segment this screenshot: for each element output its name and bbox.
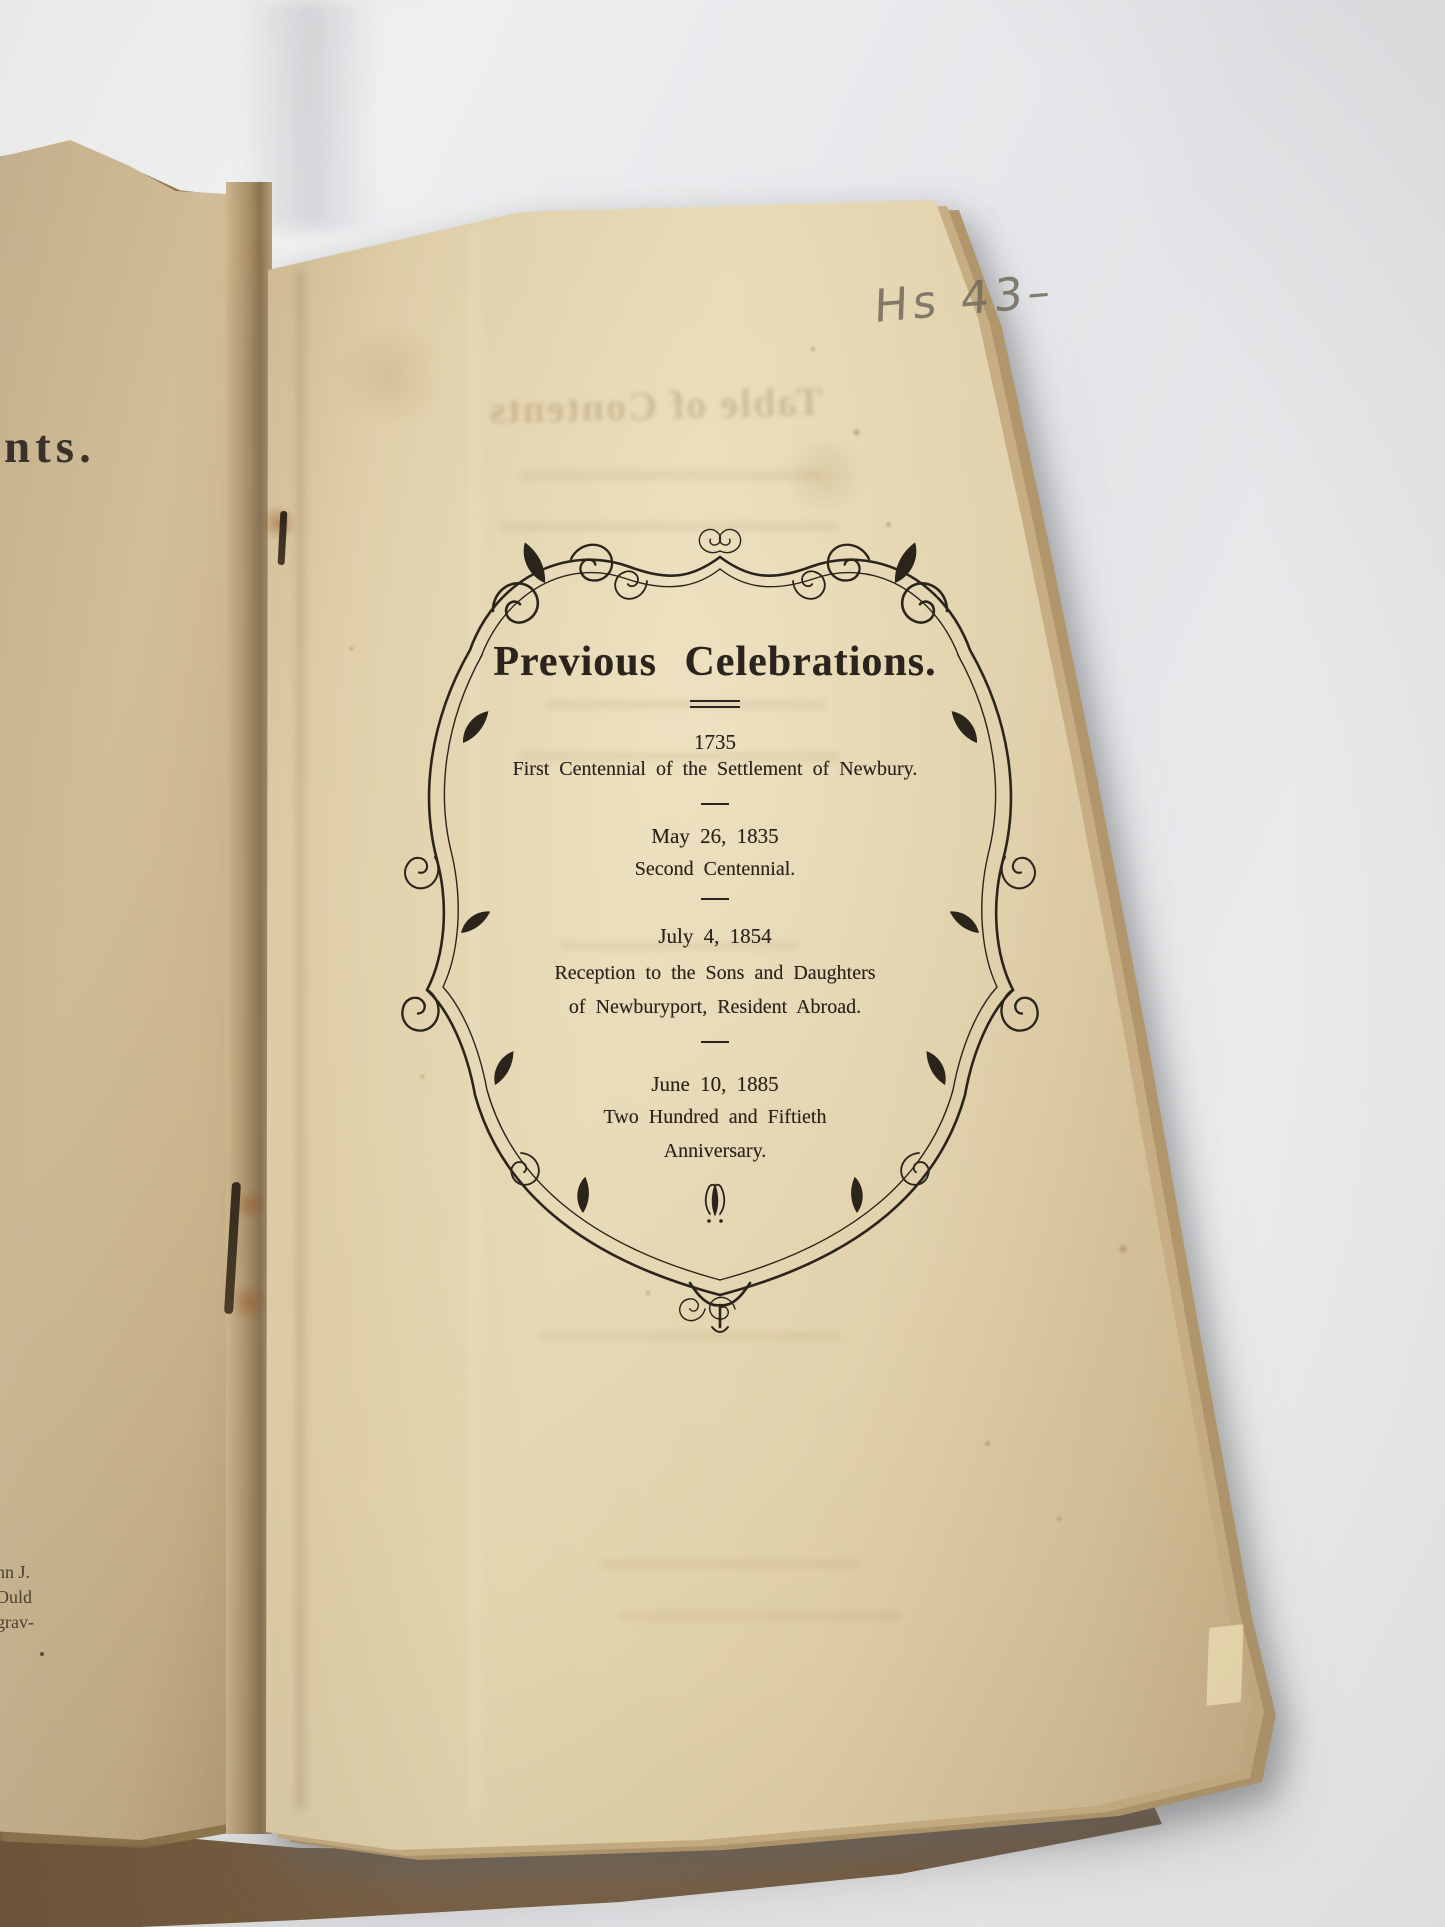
entry-line: First Centennial of the Settlement of Ne… [430,758,1000,781]
section-rule [701,898,729,900]
rust-stain [232,1282,266,1322]
fragment-line: hn J. [0,1560,70,1585]
page-title: Previous Celebrations. [430,638,1000,686]
entry-date: 1735 [430,730,1000,755]
title-double-rule [690,700,740,710]
gutter-crease [296,270,305,1810]
foxing-spot [1118,1244,1128,1254]
paper-stain [780,440,870,510]
entry-line: of Newburyport, Resident Abroad. [430,996,1000,1019]
foxing-spot [645,1290,651,1296]
entry-line: Two Hundred and Fiftieth [430,1106,1000,1129]
entry-line: Second Centennial. [430,858,1000,881]
entry-date: May 26, 1835 [430,824,1000,849]
fragment-line: grav- [0,1610,70,1635]
show-through-line [600,1560,860,1568]
rust-stain [236,1188,266,1222]
show-through-line [520,470,820,480]
section-rule [701,803,729,805]
photo-open-book: nts. hn J. Ould grav- Table of Contents [0,0,1445,1927]
paper-stain [330,330,450,420]
show-through-line [620,1612,900,1620]
foxing-spot [852,428,861,437]
foxing-spot [984,1440,991,1447]
tulip-ornament [697,1182,733,1226]
entry-date: July 4, 1854 [430,924,1000,949]
foxing-spot [349,646,354,651]
foxing-spot [420,1074,425,1079]
entry-line: Reception to the Sons and Daughters [430,962,1000,985]
entry-line: Anniversary. [430,1140,1000,1163]
entry-date: June 10, 1885 [430,1072,1000,1097]
fragment-line: Ould [0,1585,70,1610]
foxing-spot [885,521,892,528]
stray-period-dot [40,1652,44,1656]
section-rule [701,1041,729,1043]
foxing-spot [1056,1516,1062,1522]
left-page-heading-fragment: nts. [4,420,134,474]
left-page-strip: nts. hn J. Ould grav- [0,140,234,1840]
foxing-spot [810,346,816,352]
left-page-text-fragment: hn J. Ould grav- [0,1560,70,1635]
